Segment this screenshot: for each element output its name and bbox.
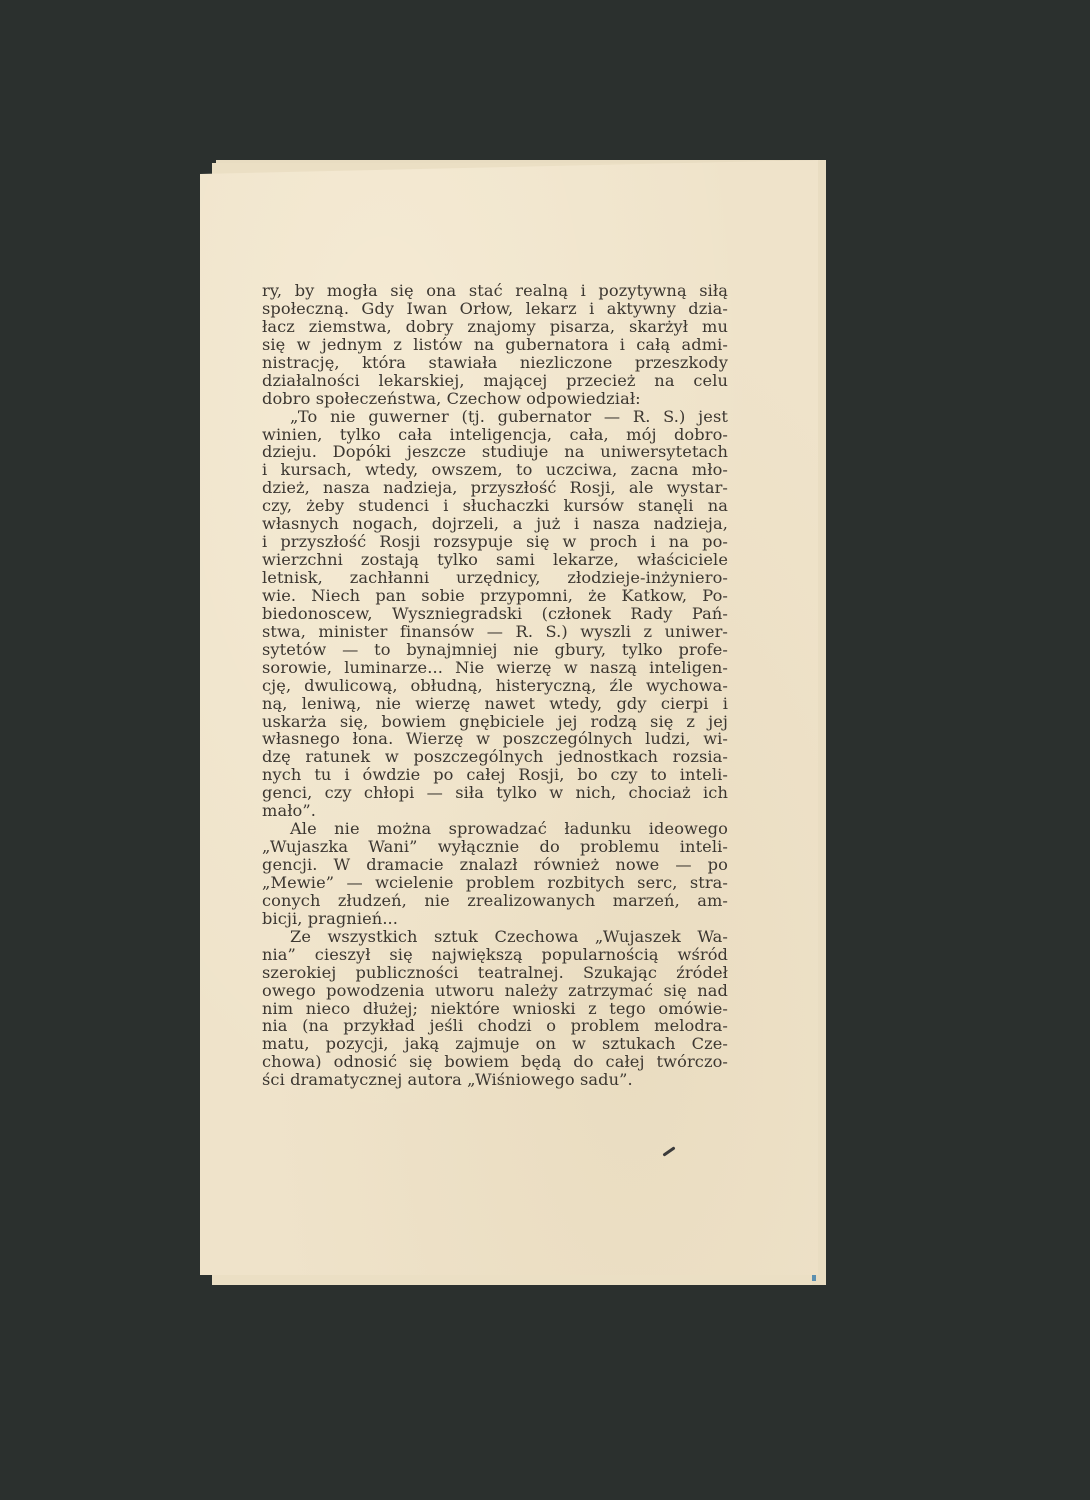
text-line: sytetów — to bynajmniej nie gbury, tylko…	[262, 641, 728, 659]
text-line: genci, czy chłopi — siła tylko w nich, c…	[262, 784, 728, 802]
text-line: nistrację, która stawiała niezliczone pr…	[262, 354, 728, 372]
text-line: sorowie, luminarze... Nie wierzę w naszą…	[262, 659, 728, 677]
page-text: ry, by mogła się ona stać realną i pozyt…	[262, 282, 728, 1089]
text-line: czy, żeby studenci i słuchaczki kursów s…	[262, 497, 728, 515]
text-line: letnisk, zachłanni urzędnicy, złodzieje-…	[262, 569, 728, 587]
text-line: owego powodzenia utworu należy zatrzymać…	[262, 982, 728, 1000]
text-line: społeczną. Gdy Iwan Orłow, lekarz i akty…	[262, 300, 728, 318]
text-line: i przyszłość Rosji rozsypuje się w proch…	[262, 533, 728, 551]
text-line: ści dramatycznej autora „Wiśniowego sadu…	[262, 1071, 728, 1089]
text-line: i kursach, wtedy, owszem, to uczciwa, za…	[262, 461, 728, 479]
text-line: chowa) odnosić się bowiem będą do całej …	[262, 1053, 728, 1071]
text-line: nia (na przykład jeśli chodzi o problem …	[262, 1017, 728, 1035]
text-line: dzę ratunek w poszczególnych jednostkach…	[262, 748, 728, 766]
text-line: conych złudzeń, nie zrealizowanych marze…	[262, 892, 728, 910]
text-line: działalności lekarskiej, mającej przecie…	[262, 372, 728, 390]
text-line: łacz ziemstwa, dobry znajomy pisarza, sk…	[262, 318, 728, 336]
text-line: szerokiej publiczności teatralnej. Szuka…	[262, 964, 728, 982]
text-line: „Wujaszka Wani” wyłącznie do problemu in…	[262, 838, 728, 856]
text-line: mało”.	[262, 802, 728, 820]
text-line: biedonoscew, Wyszniegradski (członek Rad…	[262, 605, 728, 623]
text-line: winien, tylko cała inteligencja, cała, m…	[262, 426, 728, 444]
text-line: dzież, nasza nadzieja, przyszłość Rosji,…	[262, 479, 728, 497]
text-line: uskarża się, bowiem gnębiciele jej rodzą…	[262, 713, 728, 731]
text-line: własnych nogach, dojrzeli, a już i nasza…	[262, 515, 728, 533]
text-line: własnego łona. Wierzę w poszczególnych l…	[262, 730, 728, 748]
text-line: się w jednym z listów na gubernatora i c…	[262, 336, 728, 354]
text-line: „Mewie” — wcielenie problem rozbitych se…	[262, 874, 728, 892]
text-line: stwa, minister finansów — R. S.) wyszli …	[262, 623, 728, 641]
text-line: matu, pozycji, jaką zajmuje on w sztukac…	[262, 1035, 728, 1053]
text-line: nych tu i ówdzie po całej Rosji, bo czy …	[262, 766, 728, 784]
text-line: wierzchni zostają tylko sami lekarze, wł…	[262, 551, 728, 569]
text-line: wie. Niech pan sobie przypomni, że Katko…	[262, 587, 728, 605]
text-line: dzieju. Dopóki jeszcze studiuje na uniwe…	[262, 443, 728, 461]
text-line: Ale nie można sprowadzać ładunku ideoweg…	[262, 820, 728, 838]
text-line: „To nie guwerner (tj. gubernator — R. S.…	[262, 408, 728, 426]
text-line: ry, by mogła się ona stać realną i pozyt…	[262, 282, 728, 300]
text-line: gencji. W dramacie znalazł również nowe …	[262, 856, 728, 874]
text-line: dobro społeczeństwa, Czechow odpowiedzia…	[262, 390, 728, 408]
text-line: cję, dwulicową, obłudną, histeryczną, źl…	[262, 677, 728, 695]
text-line: nia” cieszył się największą popularności…	[262, 946, 728, 964]
text-line: nim nieco dłużej; niektóre wnioski z teg…	[262, 1000, 728, 1018]
text-line: ną, leniwą, nie wierzę nawet wtedy, gdy …	[262, 695, 728, 713]
text-line: bicji, pragnień...	[262, 910, 728, 928]
text-line: Ze wszystkich sztuk Czechowa „Wujaszek W…	[262, 928, 728, 946]
